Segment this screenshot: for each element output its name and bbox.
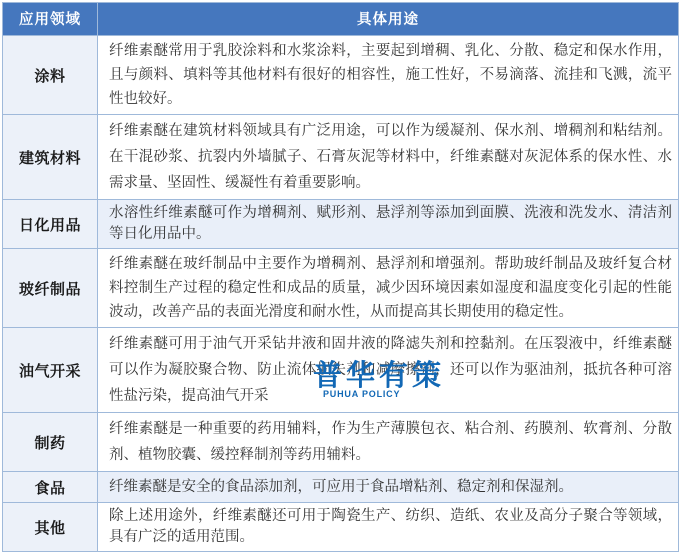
table-row: 日化用品水溶性纤维素醚可作为增稠剂、赋形剂、悬浮剂等添加到面膜、洗液和洗发水、清…: [3, 200, 679, 249]
application-field-cell: 建筑材料: [3, 115, 98, 200]
application-field-cell: 制药: [3, 413, 98, 472]
table-header-row: 应用领域 具体用途: [3, 3, 679, 36]
usage-cell: 除上述用途外，纤维素醚还可用于陶瓷生产、纺织、造纸、农业及高分子聚合等领域，具有…: [98, 503, 679, 552]
application-field-cell: 日化用品: [3, 200, 98, 249]
usage-cell: 纤维素醚在建筑材料领域具有广泛用途，可以作为缓凝剂、保水剂、增稠剂和粘结剂。在干…: [98, 115, 679, 200]
application-field-cell: 油气开采: [3, 328, 98, 413]
table-row: 油气开采纤维素醚可用于油气开采钻井液和固井液的降滤失剂和控黏剂。在压裂液中，纤维…: [3, 328, 679, 413]
table-row: 涂料纤维素醚常用于乳胶涂料和水浆涂料，主要起到增稠、乳化、分散、稳定和保水作用，…: [3, 36, 679, 115]
usage-cell: 纤维素醚是一种重要的药用辅料，作为生产薄膜包衣、粘合剂、药膜剂、软膏剂、分散剂、…: [98, 413, 679, 472]
application-field-cell: 其他: [3, 503, 98, 552]
usage-cell: 纤维素醚是安全的食品添加剂，可应用于食品增粘剂、稳定剂和保湿剂。: [98, 472, 679, 503]
report-table-page: 应用领域 具体用途 涂料纤维素醚常用于乳胶涂料和水浆涂料，主要起到增稠、乳化、分…: [2, 2, 679, 552]
usage-cell: 纤维素醚可用于油气开采钻井液和固井液的降滤失剂和控黏剂。在压裂液中，纤维素醚可以…: [98, 328, 679, 413]
table-body: 涂料纤维素醚常用于乳胶涂料和水浆涂料，主要起到增稠、乳化、分散、稳定和保水作用，…: [3, 36, 679, 552]
table-row: 建筑材料纤维素醚在建筑材料领域具有广泛用途，可以作为缓凝剂、保水剂、增稠剂和粘结…: [3, 115, 679, 200]
header-application-field: 应用领域: [3, 3, 98, 36]
table-row: 其他除上述用途外，纤维素醚还可用于陶瓷生产、纺织、造纸、农业及高分子聚合等领域，…: [3, 503, 679, 552]
cellulose-ether-applications-table: 应用领域 具体用途 涂料纤维素醚常用于乳胶涂料和水浆涂料，主要起到增稠、乳化、分…: [2, 2, 679, 552]
header-specific-use: 具体用途: [98, 3, 679, 36]
table-row: 食品纤维素醚是安全的食品添加剂，可应用于食品增粘剂、稳定剂和保湿剂。: [3, 472, 679, 503]
usage-cell: 水溶性纤维素醚可作为增稠剂、赋形剂、悬浮剂等添加到面膜、洗液和洗发水、清洁剂等日…: [98, 200, 679, 249]
application-field-cell: 玻纤制品: [3, 249, 98, 328]
usage-cell: 纤维素醚在玻纤制品中主要作为增稠剂、悬浮剂和增强剂。帮助玻纤制品及玻纤复合材料控…: [98, 249, 679, 328]
application-field-cell: 涂料: [3, 36, 98, 115]
table-row: 玻纤制品纤维素醚在玻纤制品中主要作为增稠剂、悬浮剂和增强剂。帮助玻纤制品及玻纤复…: [3, 249, 679, 328]
application-field-cell: 食品: [3, 472, 98, 503]
usage-cell: 纤维素醚常用于乳胶涂料和水浆涂料，主要起到增稠、乳化、分散、稳定和保水作用，且与…: [98, 36, 679, 115]
table-row: 制药纤维素醚是一种重要的药用辅料，作为生产薄膜包衣、粘合剂、药膜剂、软膏剂、分散…: [3, 413, 679, 472]
